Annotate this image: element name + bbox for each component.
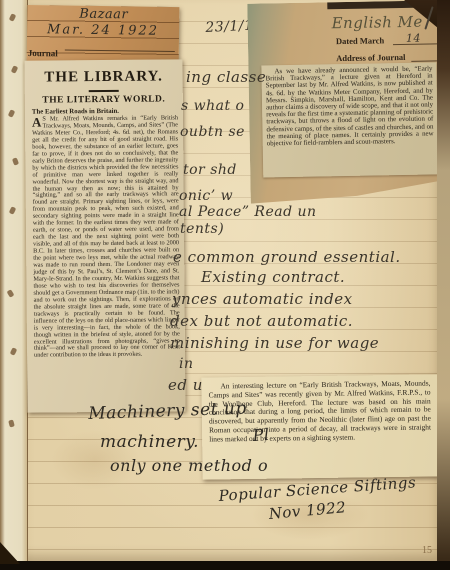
title-divider: [89, 90, 119, 92]
note-fragment: al Peace” Read un: [179, 204, 317, 220]
note-fragment: oubtn se: [180, 124, 245, 140]
note-fragment: dex but not automatic.: [170, 312, 353, 330]
address-label: Address of Journal: [336, 52, 405, 63]
drop-cap: A: [32, 117, 41, 129]
scrapbook-scan: Bazaar Mar. 24 1922 Journal 23/1/12 THE …: [0, 0, 450, 570]
note-fragment: s what o: [181, 98, 245, 114]
note-fragment: ed u: [168, 376, 203, 394]
note-fragment: Existing contract.: [201, 268, 345, 286]
handwritten-bazaar: Bazaar: [79, 7, 128, 23]
journal-label: Journal: [28, 48, 58, 58]
literary-world-subtitle: THE LITERARY WORLD.: [25, 94, 183, 105]
machinery-note-line3: only one method o: [110, 456, 268, 475]
note-fragment: tents): [180, 221, 224, 237]
page-stack-edge: [437, 0, 450, 570]
library-title: THE LIBRARY.: [25, 68, 183, 86]
note-fragment: in: [179, 356, 194, 372]
note-fragment: ynces automatic index: [172, 290, 353, 308]
note-fragment: ing classe: [186, 68, 266, 86]
library-clipping: THE LIBRARY. THE LITERARY WORLD. The Ear…: [24, 59, 185, 412]
note-fragment: onic’ w: [179, 188, 233, 204]
handwritten-14: 14: [406, 32, 421, 45]
note-fragment: e common ground essential.: [173, 248, 401, 266]
dated-form-clipping: English Me Dated March 14 Address of Jou…: [247, 0, 443, 203]
machinery-note-line2b: Pl: [252, 425, 270, 445]
page-number: 15: [422, 545, 432, 556]
note-fragment: tor shd: [183, 162, 237, 178]
announcement-body: As we have already announced it would be…: [265, 65, 433, 147]
journal-blank-line: [65, 49, 175, 52]
article-body: AS Mr. Alfred Watkins remarks in “Early …: [25, 115, 185, 360]
machinery-note-line2: machinery.: [100, 432, 199, 452]
handwritten-date: Mar. 24 1922: [47, 22, 159, 39]
cover-bottom-edge: [0, 561, 450, 570]
announcement-clipping: As we have already announced it would be…: [261, 62, 438, 177]
dated-march-label: Dated March: [336, 35, 384, 46]
handwritten-english: English Me: [331, 13, 422, 33]
note-fragment: minishing in use for wage: [170, 334, 379, 352]
